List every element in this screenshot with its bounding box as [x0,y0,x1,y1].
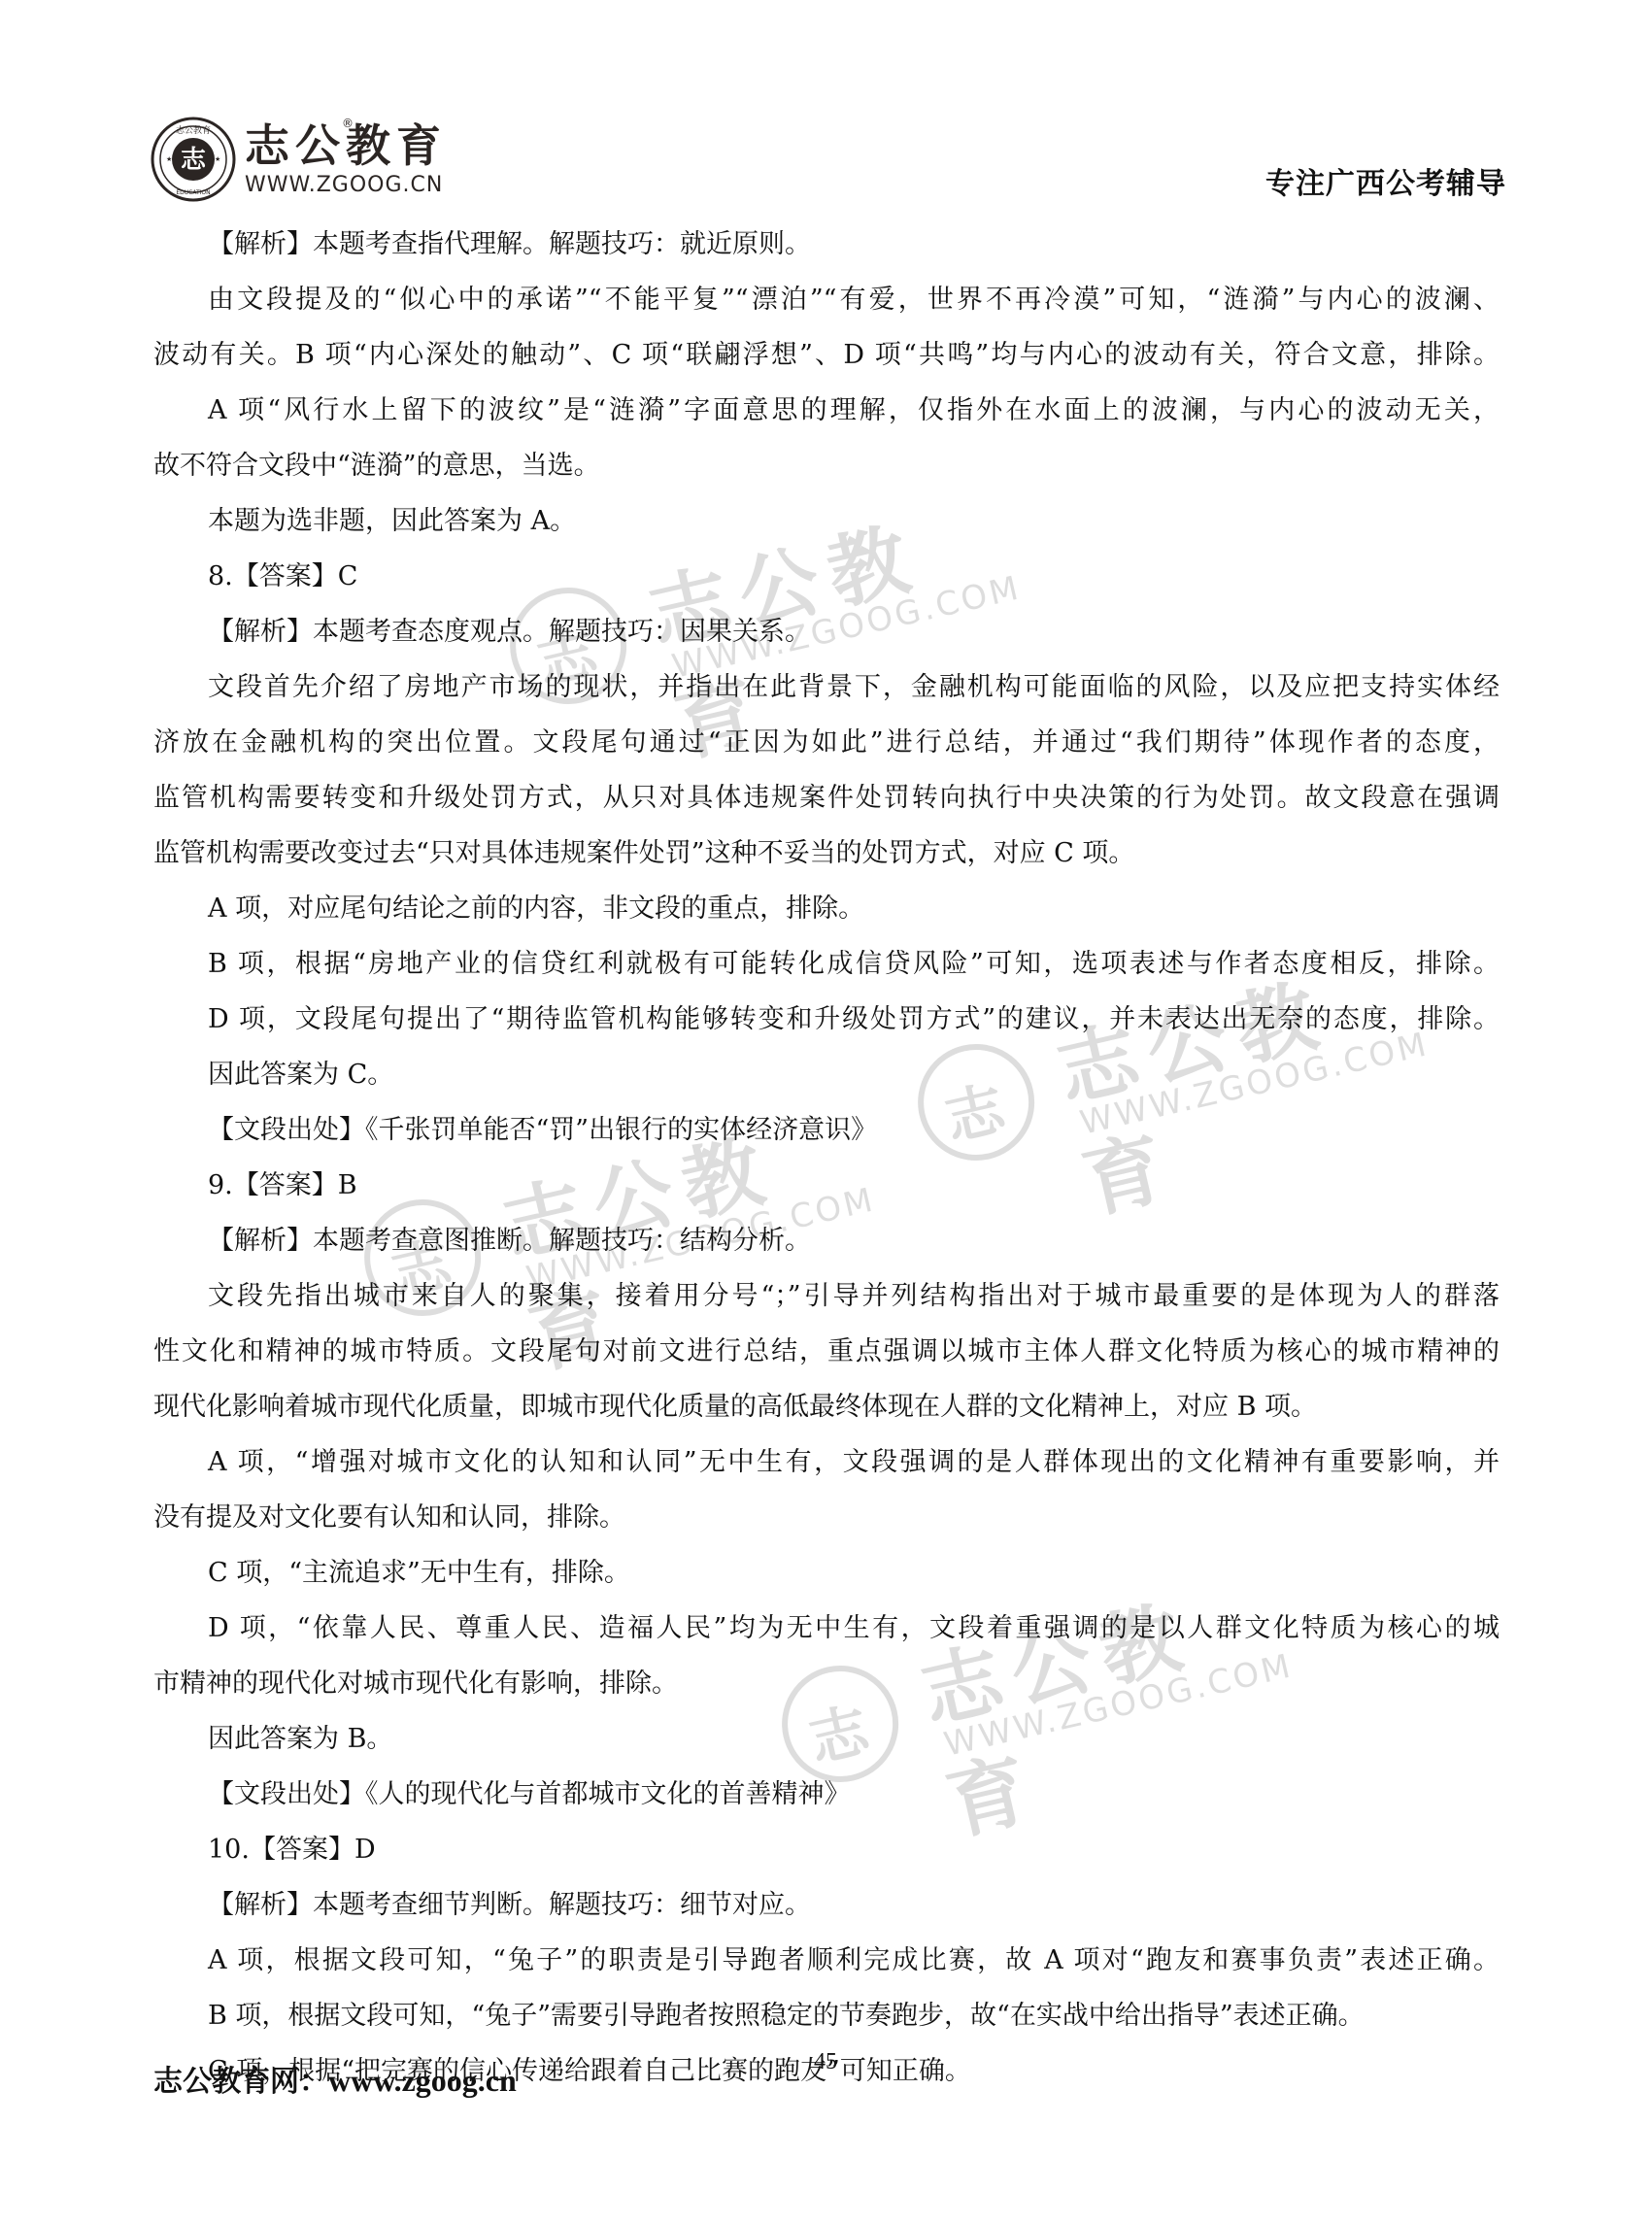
brand-url: WWW.ZGOOG.CN [245,173,443,197]
text-line: 由文段提及的“似心中的承诺”“不能平复”“漂泊”“有爱，世界不再冷漠”可知，“涟… [208,281,1500,320]
document-page: 志 志公教育 EDUCATION ★ ★ 志公教育 ® WWW.ZGOOG.CN… [0,0,1652,2225]
text-line: A 项，根据文段可知，“兔子”的职责是引导跑者顺利完成比赛，故 A 项对“跑友和… [208,1941,1500,1980]
text-line: 10.【答案】D [208,1831,376,1870]
text-line: 没有提及对文化要有认知和认同，排除。 [153,1499,625,1537]
text-line: 【文段出处】《千张罚单能否“罚”出银行的实体经济意识》 [208,1111,877,1150]
text-line: A 项“风行水上留下的波纹”是“涟漪”字面意思的理解，仅指外在水面上的波澜，与内… [208,391,1500,430]
watermark-seal-icon [770,1654,910,1794]
watermark-url: WWW.ZGOOG.COM [1076,1025,1433,1143]
text-line: 因此答案为 B。 [208,1720,392,1759]
footer-site-label: 志公教育网： [153,2065,328,2099]
svg-text:★: ★ [215,155,220,163]
text-line: 【解析】本题考查意图推断。解题技巧：结构分析。 [208,1222,811,1261]
text-line: B 项，根据“房地产业的信贷红利就极有可能转化成信贷风险”可知，选项表述与作者态… [208,945,1500,984]
text-line: 【解析】本题考查细节判断。解题技巧：细节对应。 [208,1886,811,1925]
text-line: 性文化和精神的城市特质。文段尾句对前文进行总结，重点强调以城市主体人群文化特质为… [153,1332,1500,1371]
text-line: 文段先指出城市来自人的聚集，接着用分号“；”引导并列结构指出对于城市最重要的是体… [208,1277,1500,1316]
watermark: 志公教育 WWW.ZGOOG.COM [766,1548,1294,1813]
text-line: 因此答案为 C。 [208,1056,393,1095]
text-line: A 项，“增强对城市文化的认知和认同”无中生有，文段强调的是人群体现出的文化精神… [208,1443,1500,1482]
text-line: D 项，“依靠人民、尊重人民、造福人民”均为无中生有，文段着重强调的是以人群文化… [208,1609,1500,1648]
svg-text:志公教育: 志公教育 [176,124,211,136]
text-line: 波动有关。B 项“内心深处的触动”、C 项“联翩浮想”、D 项“共鸣”均与内心的… [153,336,1500,375]
svg-text:★: ★ [166,155,172,163]
text-line: 8.【答案】C [208,557,357,596]
text-line: 【解析】本题考查态度观点。解题技巧：因果关系。 [208,613,811,652]
watermark-seal-icon [906,1032,1046,1172]
text-line: 本题为选非题，因此答案为 A。 [208,502,576,541]
svg-text:EDUCATION: EDUCATION [176,189,210,196]
text-line: 文段首先介绍了房地产市场的现状，并指出在此背景下，金融机构可能面临的风险，以及应… [208,668,1500,707]
watermark-url: WWW.ZGOOG.COM [940,1646,1297,1765]
footer-site: 志公教育网：www.zgoog.cn [153,2057,517,2100]
footer-site-url[interactable]: www.zgoog.cn [328,2063,517,2098]
text-line: 9.【答案】B [208,1166,357,1205]
text-line: 济放在金融机构的突出位置。文段尾句通过“正因为如此”进行总结，并通过“我们期待”… [153,724,1500,762]
watermark-text: 志公教育 [909,1553,1310,1855]
text-line: B 项，根据文段可知，“兔子”需要引导跑者按照稳定的节奏跑步，故“在实战中给出指… [208,1997,1365,2036]
text-line: 【解析】本题考查指代理解。解题技巧：就近原则。 [208,225,811,264]
text-line: 监管机构需要转变和升级处罚方式，从只对具体违规案件处罚转向执行中央决策的行为处罚… [153,779,1500,818]
page-number: 45 [814,2049,837,2075]
text-line: 现代化影响着城市现代化质量，即城市现代化质量的高低最终体现在人群的文化精神上，对… [153,1388,1317,1427]
text-line: C 项，“主流追求”无中生有，排除。 [208,1554,630,1593]
text-line: D 项，文段尾句提出了“期待监管机构能够转变和升级处罚方式”的建议，并未表达出无… [208,1000,1500,1039]
text-line: 监管机构需要改变过去“只对具体违规案件处罚”这种不妥当的处罚方式，对应 C 项。 [153,834,1134,873]
header-tagline: 专注广西公考辅导 [1265,159,1506,202]
svg-text:志: 志 [181,146,207,175]
text-line: A 项，对应尾句结论之前的内容，非文段的重点，排除。 [208,890,864,928]
text-line: 【文段出处】《人的现代化与首都城市文化的首善精神》 [208,1775,851,1814]
text-line: 市精神的现代化对城市现代化有影响，排除。 [153,1665,678,1703]
registered-mark: ® [342,117,354,130]
school-seal-logo-icon: 志 志公教育 EDUCATION ★ ★ [151,117,236,202]
text-line: 故不符合文段中“涟漪”的意思，当选。 [153,447,600,486]
